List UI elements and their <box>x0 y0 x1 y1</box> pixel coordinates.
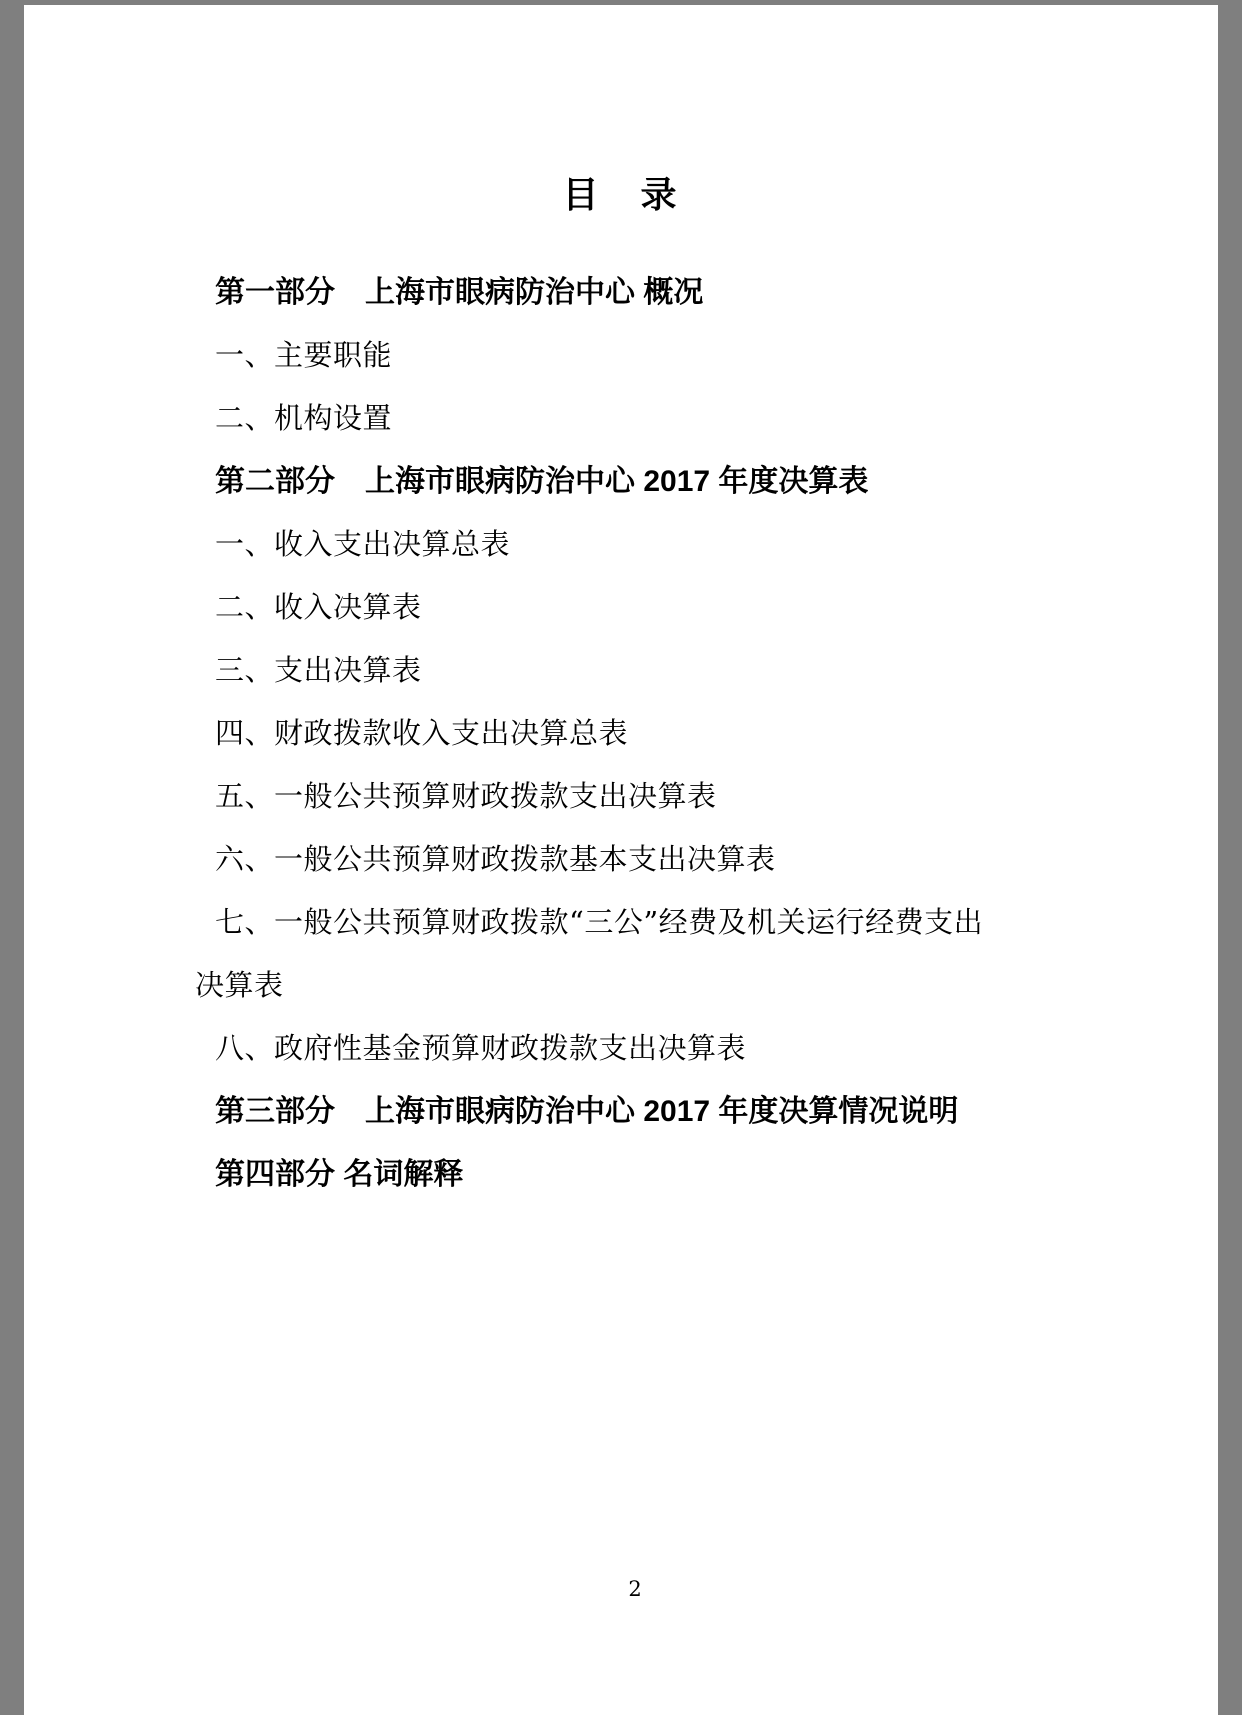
toc-item-three-public-funds-continuation: 决算表 <box>195 954 1098 1017</box>
page-title: 目 录 <box>24 167 1218 218</box>
toc-item-income-expense-summary: 一、收入支出决算总表 <box>195 513 1098 576</box>
toc-section-part4: 第四部分 名词解释 <box>195 1143 1098 1206</box>
toc-item-three-public-funds: 七、一般公共预算财政拨款“三公”经费及机关运行经费支出 <box>195 891 1098 954</box>
toc-item-organization: 二、机构设置 <box>195 387 1098 450</box>
page-number: 2 <box>24 1577 1218 1601</box>
toc-item-general-budget-expense: 五、一般公共预算财政拨款支出决算表 <box>195 765 1098 828</box>
toc-item-government-fund-budget: 八、政府性基金预算财政拨款支出决算表 <box>195 1017 1098 1080</box>
pdf-viewer-background: 目 录 第一部分 上海市眼病防治中心 概况 一、主要职能 二、机构设置 第二部分… <box>0 0 1242 1715</box>
toc-section-part3: 第三部分 上海市眼病防治中心 2017 年度决算情况说明 <box>195 1080 1098 1143</box>
table-of-contents: 第一部分 上海市眼病防治中心 概况 一、主要职能 二、机构设置 第二部分 上海市… <box>195 261 1098 1206</box>
toc-section-part1: 第一部分 上海市眼病防治中心 概况 <box>195 261 1098 324</box>
toc-item-fiscal-appropriation-summary: 四、财政拨款收入支出决算总表 <box>195 702 1098 765</box>
toc-section-part2: 第二部分 上海市眼病防治中心 2017 年度决算表 <box>195 450 1098 513</box>
document-page: 目 录 第一部分 上海市眼病防治中心 概况 一、主要职能 二、机构设置 第二部分… <box>24 5 1218 1715</box>
toc-item-general-budget-basic-expense: 六、一般公共预算财政拨款基本支出决算表 <box>195 828 1098 891</box>
toc-item-income-table: 二、收入决算表 <box>195 576 1098 639</box>
toc-item-expense-table: 三、支出决算表 <box>195 639 1098 702</box>
toc-item-main-functions: 一、主要职能 <box>195 324 1098 387</box>
